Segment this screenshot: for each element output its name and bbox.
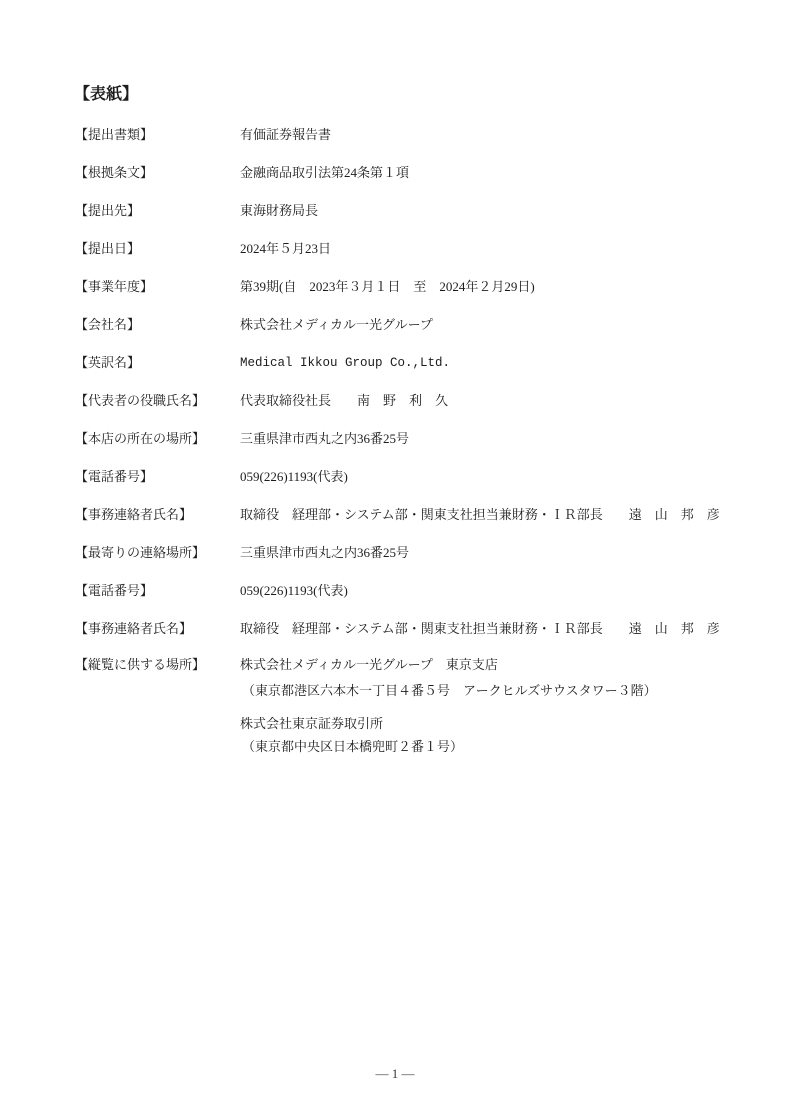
field-label: 【電話番号】 (75, 583, 240, 599)
document-page: 【表紙】 【提出書類】有価証券報告書 【根拠条文】金融商品取引法第24条第１項 … (0, 0, 790, 1118)
field-label: 【最寄りの連絡場所】 (75, 545, 240, 561)
field-label: 【英訳名】 (75, 355, 240, 371)
field-value: 金融商品取引法第24条第１項 (240, 165, 409, 181)
field-row-phone-number: 【電話番号】059(226)1193(代表) (75, 469, 348, 485)
field-label: 【提出書類】 (75, 127, 240, 143)
field-value: 株式会社メディカル一光グループ (240, 317, 433, 333)
field-row-public-inspection-places: 【縦覧に供する場所】 (75, 657, 240, 673)
field-value: 059(226)1193(代表) (240, 469, 348, 485)
field-row-submitted-to: 【提出先】東海財務局長 (75, 203, 318, 219)
field-value: 代表取締役社長 南 野 利 久 (240, 393, 448, 409)
field-value: 東海財務局長 (240, 203, 318, 219)
field-row-phone-number-2: 【電話番号】059(226)1193(代表) (75, 583, 348, 599)
field-row-submitted-document: 【提出書類】有価証券報告書 (75, 127, 331, 143)
field-label: 【代表者の役職氏名】 (75, 393, 240, 409)
field-label: 【会社名】 (75, 317, 240, 333)
field-label: 【提出先】 (75, 203, 240, 219)
field-label: 【提出日】 (75, 241, 240, 257)
field-row-head-office-location: 【本店の所在の場所】三重県津市西丸之内36番25号 (75, 431, 409, 447)
field-value: 059(226)1193(代表) (240, 583, 348, 599)
field-value: 三重県津市西丸之内36番25号 (240, 431, 409, 447)
inspection-place-name-2: 株式会社東京証券取引所 (240, 716, 383, 732)
inspection-place-name: 株式会社メディカル一光グループ 東京支店 (240, 657, 498, 673)
field-value: 三重県津市西丸之内36番25号 (240, 545, 409, 561)
field-row-representative: 【代表者の役職氏名】代表取締役社長 南 野 利 久 (75, 393, 448, 409)
field-label: 【事業年度】 (75, 279, 240, 295)
field-label: 【電話番号】 (75, 469, 240, 485)
field-label: 【縦覧に供する場所】 (75, 657, 240, 673)
field-row-nearest-contact-location: 【最寄りの連絡場所】三重県津市西丸之内36番25号 (75, 545, 409, 561)
document-title: 【表紙】 (74, 85, 138, 104)
page-number: ― 1 ― (0, 1066, 790, 1082)
field-value: 取締役 経理部・システム部・関東支社担当兼財務・ＩＲ部長 遠 山 邦 彦 (240, 507, 720, 523)
field-value: 第39期(自 2023年３月１日 至 2024年２月29日) (240, 279, 535, 295)
field-value: 取締役 経理部・システム部・関東支社担当兼財務・ＩＲ部長 遠 山 邦 彦 (240, 621, 720, 637)
field-row-legal-basis: 【根拠条文】金融商品取引法第24条第１項 (75, 165, 409, 181)
field-row-submission-date: 【提出日】2024年５月23日 (75, 241, 331, 257)
field-value: 有価証券報告書 (240, 127, 331, 143)
inspection-place-address: （東京都港区六本木一丁目４番５号 アークヒルズサウスタワー３階） (242, 683, 657, 699)
field-row-company-name-english: 【英訳名】Medical Ikkou Group Co.,Ltd. (75, 355, 450, 371)
field-label: 【事務連絡者氏名】 (75, 621, 240, 637)
field-value: 2024年５月23日 (240, 241, 331, 257)
field-row-company-name: 【会社名】株式会社メディカル一光グループ (75, 317, 433, 333)
field-label: 【本店の所在の場所】 (75, 431, 240, 447)
field-row-contact-person: 【事務連絡者氏名】取締役 経理部・システム部・関東支社担当兼財務・ＩＲ部長 遠 … (75, 507, 720, 523)
field-value: Medical Ikkou Group Co.,Ltd. (240, 355, 450, 371)
inspection-place-address-2: （東京都中央区日本橋兜町２番１号） (242, 739, 463, 755)
field-row-contact-person-2: 【事務連絡者氏名】取締役 経理部・システム部・関東支社担当兼財務・ＩＲ部長 遠 … (75, 621, 720, 637)
field-label: 【事務連絡者氏名】 (75, 507, 240, 523)
field-label: 【根拠条文】 (75, 165, 240, 181)
field-row-fiscal-year: 【事業年度】第39期(自 2023年３月１日 至 2024年２月29日) (75, 279, 535, 295)
